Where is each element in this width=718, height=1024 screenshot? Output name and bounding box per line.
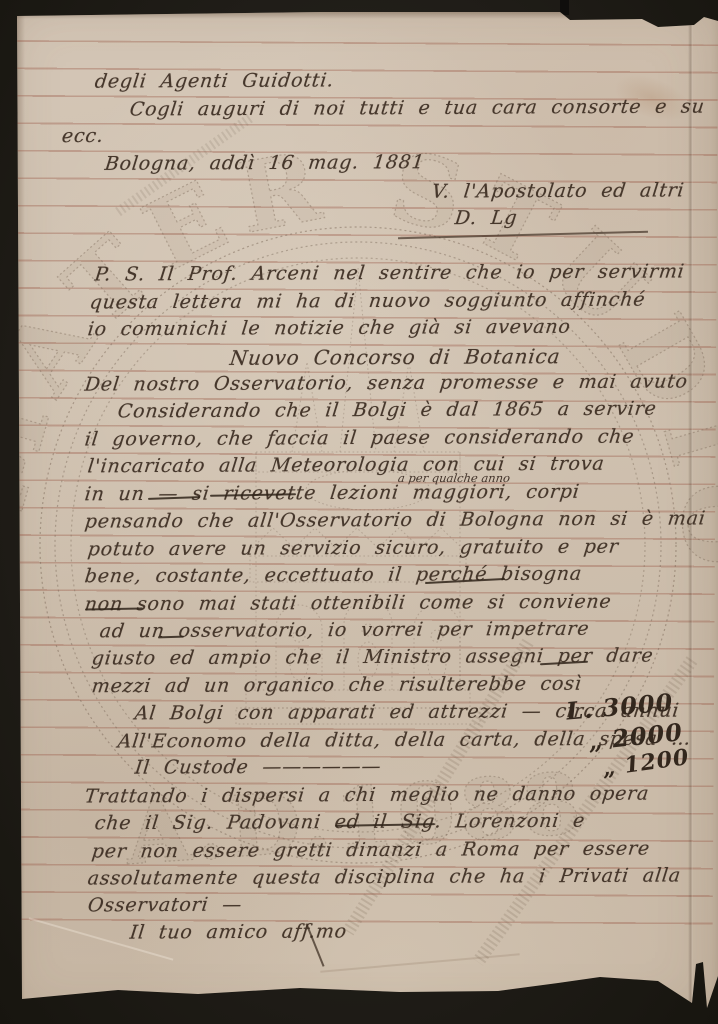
manuscript-line: Il tuo amico aff.mo <box>129 920 349 943</box>
manuscript-line: ad un osservatorio, io vorrei per impetr… <box>99 618 591 643</box>
manuscript-line: io comunichi le notizie che già si aveva… <box>87 316 572 341</box>
manuscript-line: ecc. <box>61 125 105 147</box>
manuscript-line: Bologna, addì 16 mag. 1881 <box>104 152 426 176</box>
manuscript-line: Trattando i dispersi a chi meglio ne dan… <box>84 782 651 807</box>
manuscript-line: l'incaricato alla Meteorologia con cui s… <box>87 453 606 478</box>
document-page: MATER STUDIORUM A.D.1088 <box>0 0 718 1024</box>
manuscript-line: V. l'Apostolato ed altri <box>431 179 686 202</box>
paper-edge-shadow-top <box>0 12 718 19</box>
manuscript-line: il governo, che faccia il paese consider… <box>84 425 636 450</box>
manuscript-line: Del nostro Osservatorio, senza promesse … <box>84 370 690 395</box>
backdrop-seam <box>560 0 569 15</box>
manuscript-line: questa lettera mi ha di nuovo soggiunto … <box>89 288 647 313</box>
paper-crease <box>320 953 519 972</box>
manuscript-line: bene, costante, eccettuato il perché bis… <box>84 563 584 588</box>
manuscript-line: Il Custode —————— <box>134 756 383 779</box>
manuscript-line: pensando che all'Osservatorio di Bologna… <box>84 508 708 533</box>
manuscript-line: non sono mai stati ottenibili come si co… <box>84 590 613 615</box>
fold-crease <box>688 18 693 1008</box>
manuscript-line: P. S. Il Prof. Arceni nel sentire che io… <box>94 261 686 286</box>
manuscript-line: che il Sig. Padovani ed il Sig. Lorenzon… <box>94 810 587 835</box>
manuscript-line: Osservatori — <box>87 893 244 916</box>
manuscript-line: giusto ed ampio che il Ministro assegni … <box>91 645 655 670</box>
interline-annotation: a per qualche anno <box>397 471 511 485</box>
manuscript-line: D. Lg <box>454 207 519 229</box>
manuscript-line: Nuovo Concorso di Botanica <box>228 344 561 370</box>
manuscript-line: Cogli auguri di noi tutti e tua cara con… <box>129 96 706 121</box>
manuscript-line: per non essere gretti dinanzi a Roma per… <box>91 837 652 862</box>
photo-backdrop: MATER STUDIORUM A.D.1088 <box>0 0 718 1024</box>
manuscript-line: mezzi ad un organico che risulterebbe co… <box>91 673 583 698</box>
manuscript-line: assolutamente questa disciplina che ha i… <box>87 864 683 889</box>
manuscript-line: Considerando che il Bolgi è dal 1865 a s… <box>117 398 658 423</box>
manuscript-line: potuto avere un servizio sicuro, gratuit… <box>87 535 620 560</box>
manuscript-line: degli Agenti Guidotti. <box>94 69 336 92</box>
